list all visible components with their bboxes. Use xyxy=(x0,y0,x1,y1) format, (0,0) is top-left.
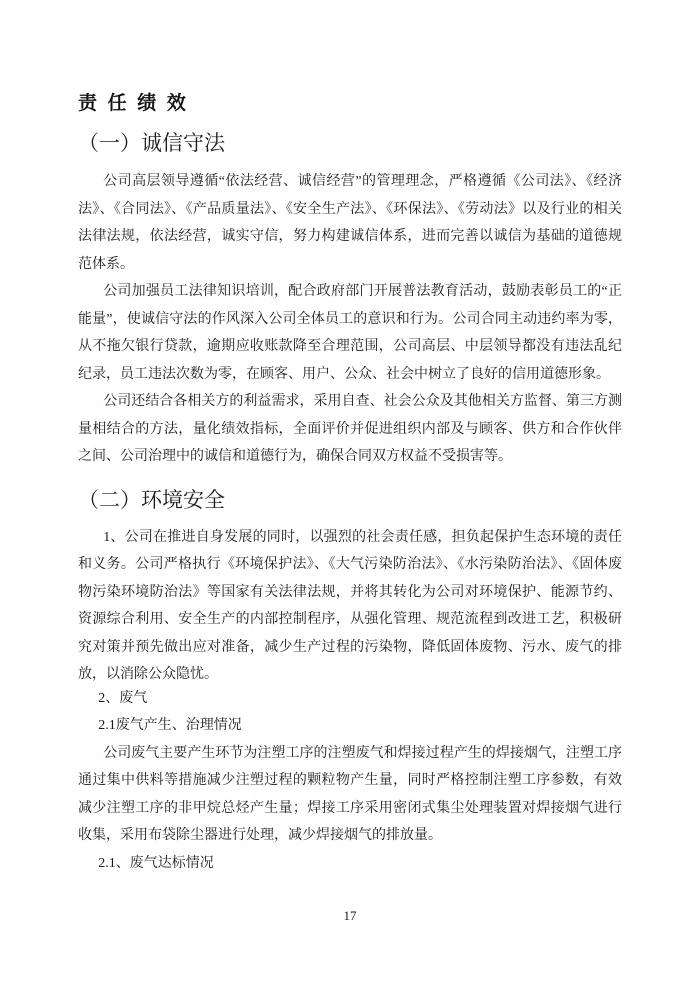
section-2-heading: （二）环境安全 xyxy=(78,486,622,514)
section-2-subheading-emission-compliance: 2.1、废气达标情况 xyxy=(78,850,622,878)
document-page: 责 任 绩 效 （一）诚信守法 公司高层领导遵循“依法经营、诚信经营”的管理理念… xyxy=(0,0,700,989)
section-2-subheading-waste-gas-treatment: 2.1废气产生、治理情况 xyxy=(78,712,622,740)
section-2-subheading-waste-gas: 2、废气 xyxy=(78,685,622,713)
doc-title: 责 任 绩 效 xyxy=(78,90,622,116)
section-1-paragraph-1: 公司高层领导遵循“依法经营、诚信经营”的管理理念，严格遵循《公司法》、《经济法》… xyxy=(78,168,622,278)
section-2-paragraph-1: 1、公司在推进自身发展的同时，以强烈的社会责任感，担负起保护生态环境的责任和义务… xyxy=(78,524,622,689)
page-number: 17 xyxy=(0,906,700,926)
section-1-paragraph-3: 公司还结合各相关方的利益需求，采用自查、社会公众及其他相关方监督、第三方测量相结… xyxy=(78,388,622,471)
section-1-heading: （一）诚信守法 xyxy=(78,129,622,157)
section-1-paragraph-2: 公司加强员工法律知识培训，配合政府部门开展普法教育活动，鼓励表彰员工的“正能量”… xyxy=(78,278,622,388)
section-2-paragraph-2: 公司废气主要产生环节为注塑工序的注塑废气和焊接过程产生的焊接烟气，注塑工序通过集… xyxy=(78,740,622,850)
